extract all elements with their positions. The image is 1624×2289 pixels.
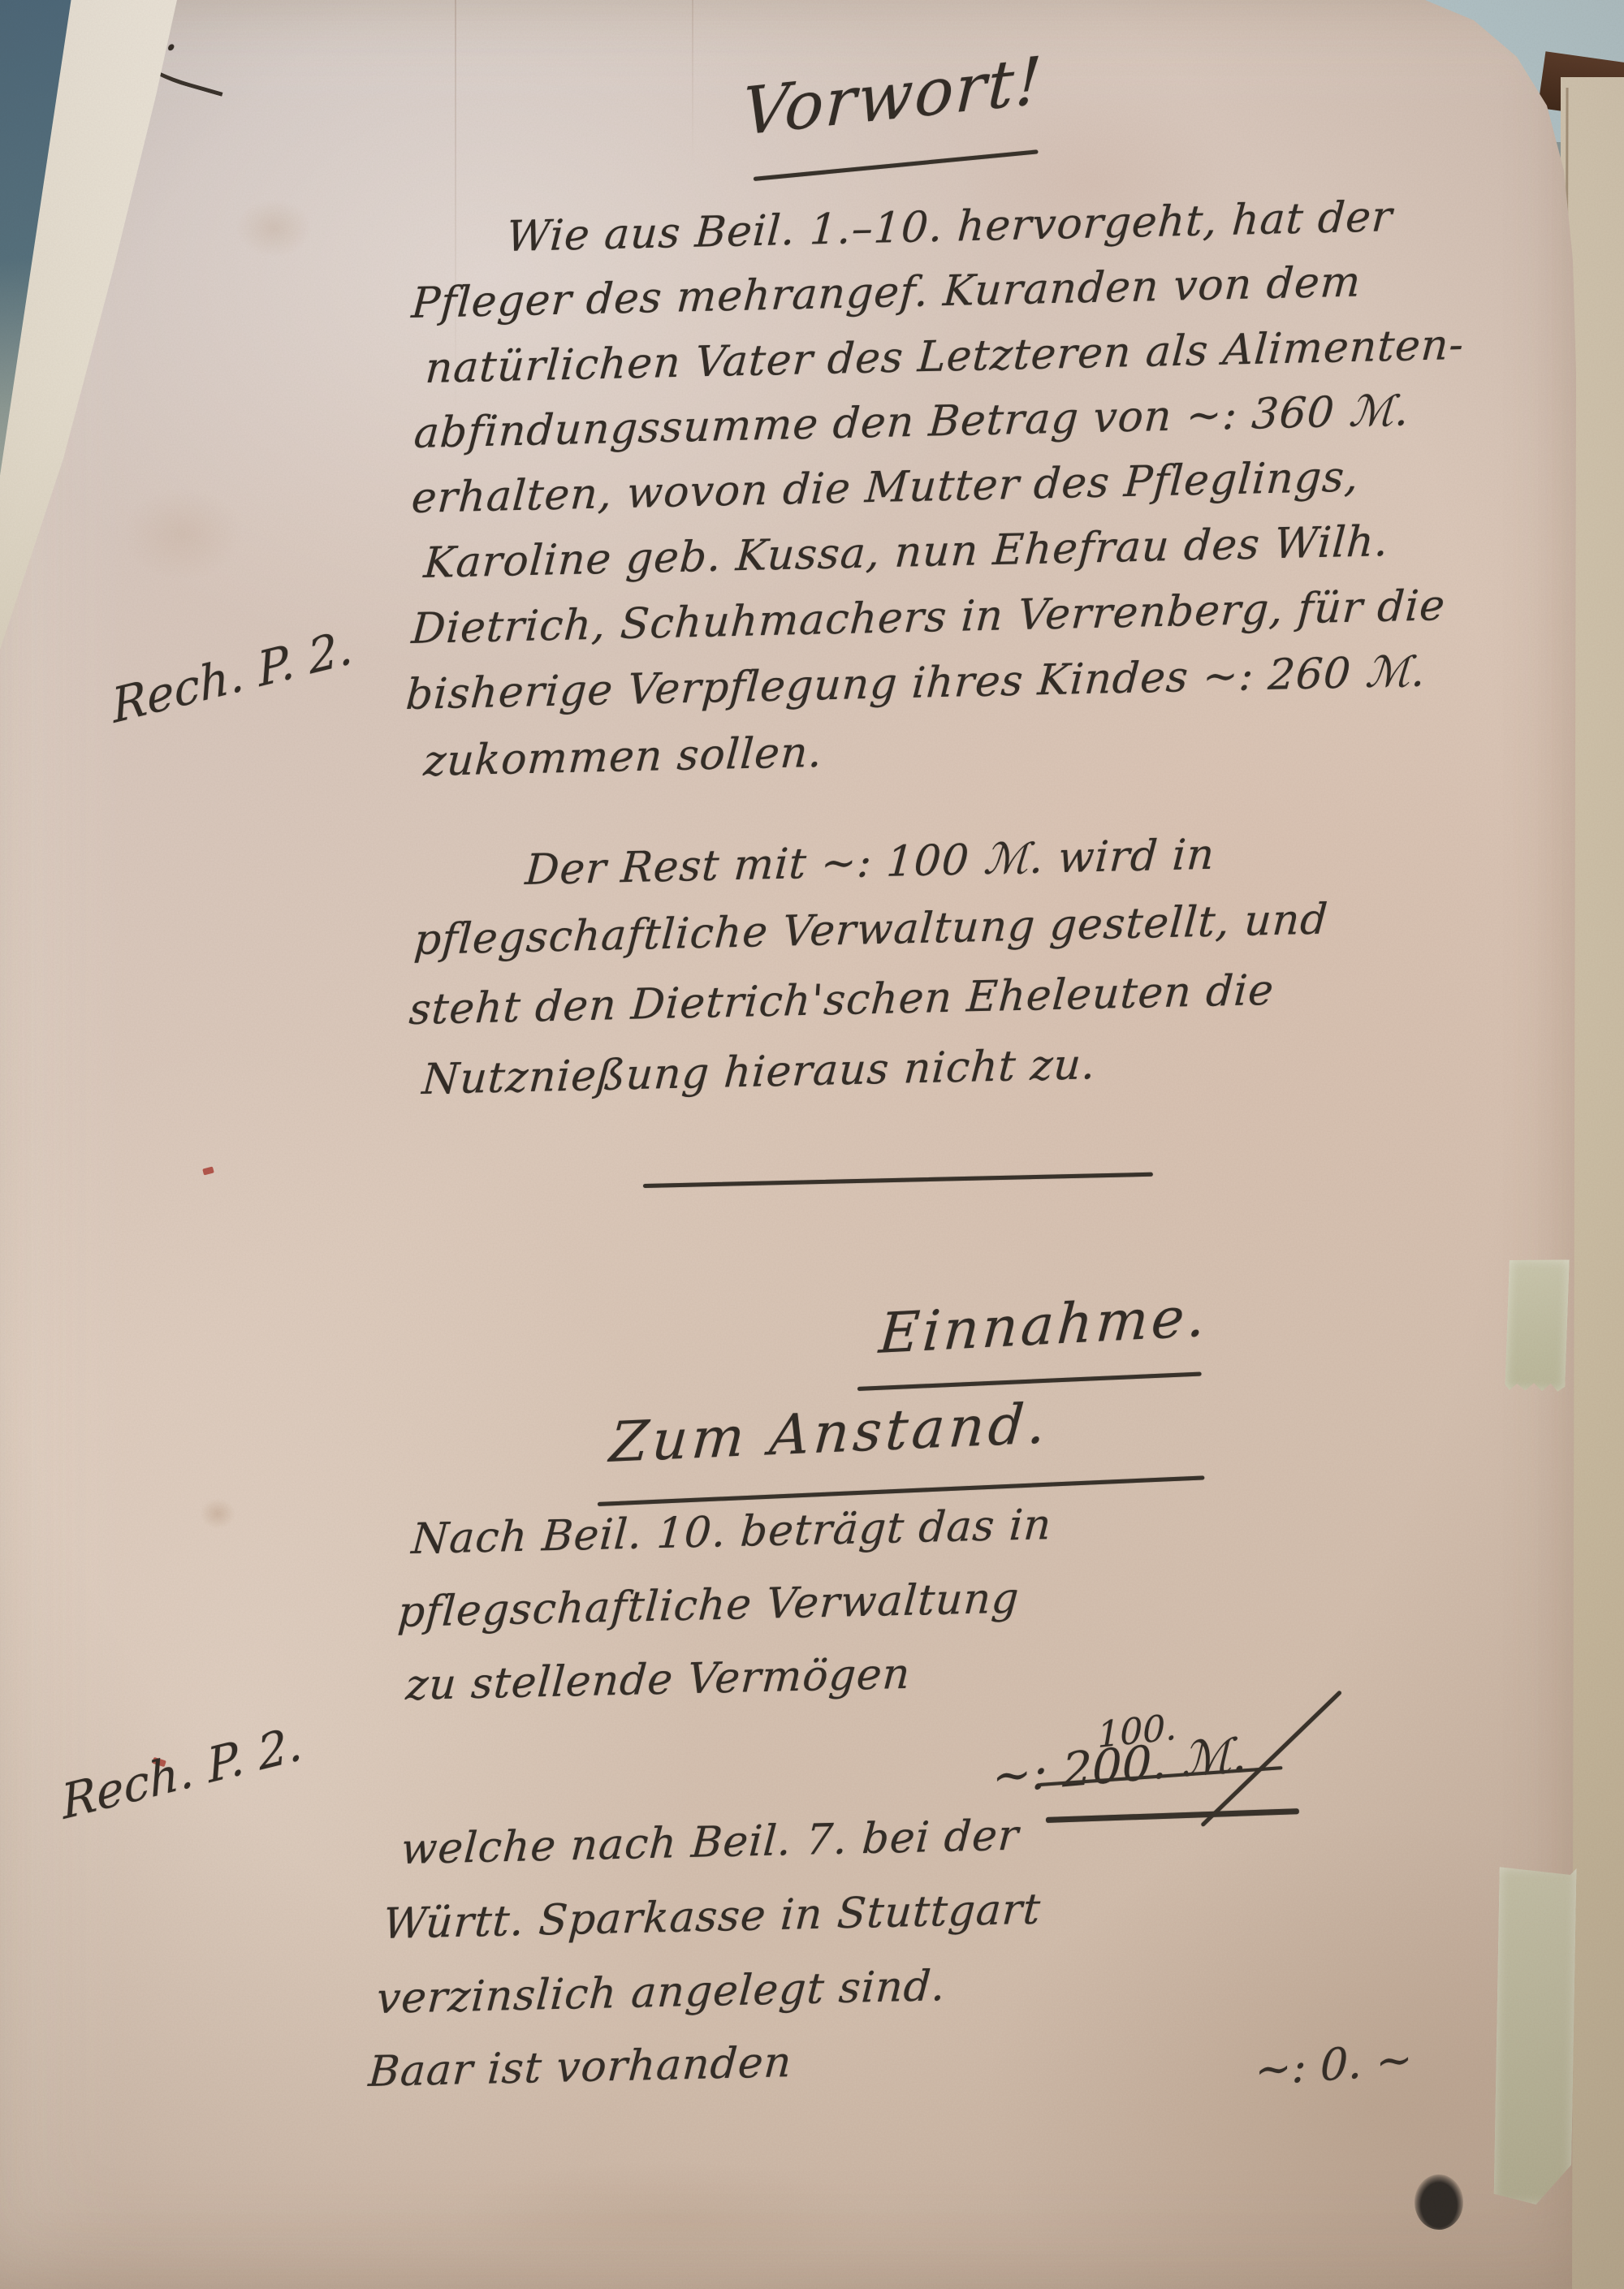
subsection-heading-underline xyxy=(598,1475,1205,1506)
text-line: natürlichen Vater des Letzteren als Alim… xyxy=(424,321,1466,393)
paper-crease xyxy=(692,0,693,171)
text-line: welche nach Beil. 7. bei der xyxy=(400,1812,1021,1874)
stain xyxy=(200,1498,235,1529)
text-line: Nach Beil. 10. beträgt das in xyxy=(410,1501,1053,1564)
amount-struck-out: ∼: 200. ℳ. xyxy=(992,1726,1246,1804)
text-line: Dietrich, Schuhmachers in Verrenberg, fü… xyxy=(410,581,1447,654)
text-line: Baar ist vorhanden xyxy=(367,2038,793,2097)
text-line: Karoline geb. Kussa, nun Ehefrau des Wil… xyxy=(422,517,1390,588)
text-line: steht den Dietrich'schen Eheleuten die xyxy=(408,966,1276,1034)
amount-zero: ∼: 0. ∼ xyxy=(1255,2033,1413,2096)
stain xyxy=(122,487,244,581)
title-underline xyxy=(754,149,1039,181)
tape-strip xyxy=(1493,1867,1576,2205)
text-line: Nutznießung hieraus nicht zu. xyxy=(421,1040,1097,1104)
tape-strip xyxy=(1505,1258,1570,1392)
text-line: pflegschaftliche Verwaltung xyxy=(396,1574,1021,1637)
section-heading: Einnahme. xyxy=(877,1285,1211,1367)
text-line: pflegschaftliche Verwaltung gestellt, un… xyxy=(412,895,1330,965)
text-line: abfindungssumme den Betrag von ∼: 360 ℳ. xyxy=(412,387,1410,458)
text-line: zukommen sollen. xyxy=(422,728,824,786)
text-line: Der Rest mit ∼: 100 ℳ. wird in xyxy=(524,831,1216,895)
margin-note: Rech. P. 2. xyxy=(59,1715,304,1830)
stain xyxy=(235,199,313,257)
document-photo: 2. Vorwort! Wie aus Beil. 1.–10. hervorg… xyxy=(0,0,1624,2289)
page-title: Vorwort! xyxy=(741,42,1045,150)
red-pencil-mark xyxy=(202,1166,214,1175)
text-line: Württ. Sparkasse in Stuttgart xyxy=(382,1885,1043,1949)
stain xyxy=(455,2160,877,2274)
margin-note: Rech. P. 2. xyxy=(110,619,355,734)
section-heading-underline xyxy=(857,1372,1202,1391)
section-divider-line xyxy=(643,1173,1153,1188)
text-line: verzinslich angelegt sind. xyxy=(375,1962,948,2023)
text-line: erhalten, wovon die Mutter des Pflegling… xyxy=(410,452,1360,523)
paper-sheet: 2. Vorwort! Wie aus Beil. 1.–10. hervorg… xyxy=(0,0,1624,2289)
ink-blot xyxy=(1415,2175,1463,2230)
subsection-heading: Zum Anstand. xyxy=(607,1392,1052,1475)
text-line: bisherige Verpflegung ihres Kindes ∼: 26… xyxy=(404,647,1427,719)
text-line: zu stellende Vermögen xyxy=(404,1650,912,1710)
text-line: Wie aus Beil. 1.–10. hervorgeht, hat der xyxy=(505,192,1394,261)
text-line: Pfleger des mehrangef. Kuranden von dem xyxy=(410,257,1363,328)
amount-underline xyxy=(1046,1808,1299,1823)
